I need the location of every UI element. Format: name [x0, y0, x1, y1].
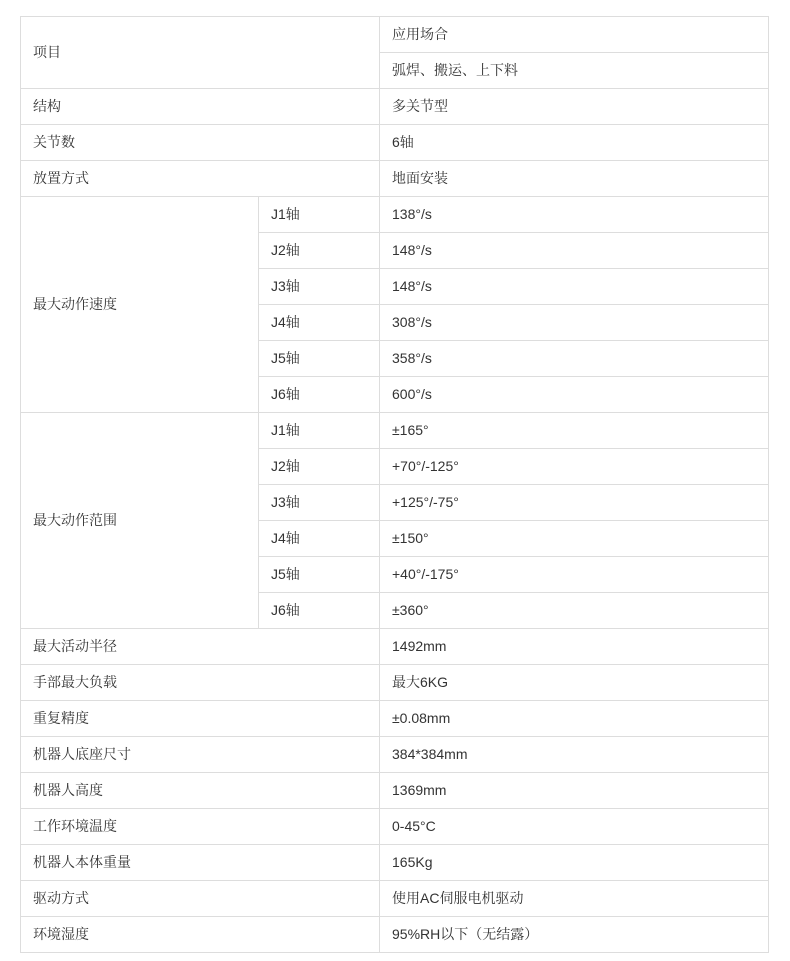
spec-value-cell: 应用场合 — [380, 17, 769, 53]
spec-label-cell: 放置方式 — [21, 161, 380, 197]
spec-value-cell: 165Kg — [380, 845, 769, 881]
spec-table-body: 项目应用场合弧焊、搬运、上下料结构多关节型关节数6轴放置方式地面安装最大动作速度… — [21, 17, 769, 953]
spec-value-cell: ±150° — [380, 521, 769, 557]
axis-label-cell: J4轴 — [259, 305, 380, 341]
table-row: 结构多关节型 — [21, 89, 769, 125]
page: 项目应用场合弧焊、搬运、上下料结构多关节型关节数6轴放置方式地面安装最大动作速度… — [0, 0, 790, 953]
axis-label-cell: J5轴 — [259, 557, 380, 593]
spec-value-cell: ±360° — [380, 593, 769, 629]
spec-label-cell: 项目 — [21, 17, 380, 89]
axis-label-cell: J1轴 — [259, 413, 380, 449]
axis-label-cell: J3轴 — [259, 485, 380, 521]
spec-label-cell: 重复精度 — [21, 701, 380, 737]
table-row: 项目应用场合 — [21, 17, 769, 53]
spec-label-cell: 手部最大负载 — [21, 665, 380, 701]
axis-label-cell: J6轴 — [259, 593, 380, 629]
spec-value-cell: +125°/-75° — [380, 485, 769, 521]
spec-value-cell: 地面安装 — [380, 161, 769, 197]
spec-label-cell: 机器人本体重量 — [21, 845, 380, 881]
spec-value-cell: 600°/s — [380, 377, 769, 413]
spec-label-cell: 机器人高度 — [21, 773, 380, 809]
spec-label-cell: 最大活动半径 — [21, 629, 380, 665]
spec-label-cell: 最大动作范围 — [21, 413, 259, 629]
spec-value-cell: 308°/s — [380, 305, 769, 341]
table-row: 关节数6轴 — [21, 125, 769, 161]
spec-value-cell: 148°/s — [380, 233, 769, 269]
spec-label-cell: 关节数 — [21, 125, 380, 161]
spec-value-cell: 最大6KG — [380, 665, 769, 701]
table-row: 驱动方式使用AC伺服电机驱动 — [21, 881, 769, 917]
spec-value-cell: 148°/s — [380, 269, 769, 305]
spec-value-cell: +70°/-125° — [380, 449, 769, 485]
axis-label-cell: J1轴 — [259, 197, 380, 233]
spec-label-cell: 工作环境温度 — [21, 809, 380, 845]
spec-value-cell: ±165° — [380, 413, 769, 449]
spec-value-cell: 384*384mm — [380, 737, 769, 773]
table-row: 环境湿度95%RH以下（无结露） — [21, 917, 769, 953]
spec-value-cell: +40°/-175° — [380, 557, 769, 593]
table-row: 重复精度±0.08mm — [21, 701, 769, 737]
axis-label-cell: J3轴 — [259, 269, 380, 305]
table-row: 机器人高度1369mm — [21, 773, 769, 809]
table-row: 最大动作速度J1轴138°/s — [21, 197, 769, 233]
spec-value-cell: 138°/s — [380, 197, 769, 233]
axis-label-cell: J6轴 — [259, 377, 380, 413]
spec-value-cell: 弧焊、搬运、上下料 — [380, 53, 769, 89]
table-row: 最大动作范围J1轴±165° — [21, 413, 769, 449]
spec-label-cell: 机器人底座尺寸 — [21, 737, 380, 773]
table-row: 最大活动半径1492mm — [21, 629, 769, 665]
spec-label-cell: 驱动方式 — [21, 881, 380, 917]
axis-label-cell: J2轴 — [259, 449, 380, 485]
spec-value-cell: 多关节型 — [380, 89, 769, 125]
spec-label-cell: 最大动作速度 — [21, 197, 259, 413]
table-row: 放置方式地面安装 — [21, 161, 769, 197]
table-row: 工作环境温度0-45°C — [21, 809, 769, 845]
table-row: 机器人底座尺寸384*384mm — [21, 737, 769, 773]
spec-value-cell: 95%RH以下（无结露） — [380, 917, 769, 953]
spec-value-cell: 使用AC伺服电机驱动 — [380, 881, 769, 917]
spec-label-cell: 结构 — [21, 89, 380, 125]
spec-value-cell: 1492mm — [380, 629, 769, 665]
table-row: 机器人本体重量165Kg — [21, 845, 769, 881]
robot-spec-table: 项目应用场合弧焊、搬运、上下料结构多关节型关节数6轴放置方式地面安装最大动作速度… — [20, 16, 769, 953]
spec-value-cell: 6轴 — [380, 125, 769, 161]
axis-label-cell: J2轴 — [259, 233, 380, 269]
axis-label-cell: J4轴 — [259, 521, 380, 557]
spec-value-cell: ±0.08mm — [380, 701, 769, 737]
spec-value-cell: 1369mm — [380, 773, 769, 809]
table-row: 手部最大负载最大6KG — [21, 665, 769, 701]
spec-label-cell: 环境湿度 — [21, 917, 380, 953]
spec-value-cell: 358°/s — [380, 341, 769, 377]
spec-value-cell: 0-45°C — [380, 809, 769, 845]
axis-label-cell: J5轴 — [259, 341, 380, 377]
